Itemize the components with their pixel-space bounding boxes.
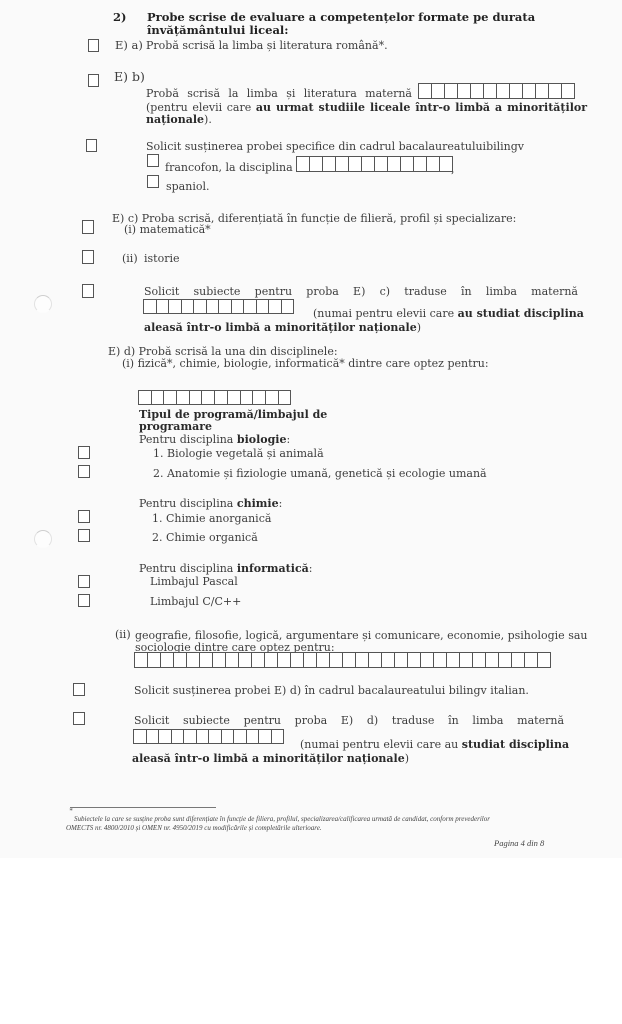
character-cell[interactable] — [322, 156, 336, 172]
character-cell[interactable] — [208, 729, 222, 744]
character-cell[interactable] — [342, 652, 356, 668]
character-cell[interactable] — [183, 729, 197, 744]
character-cell[interactable] — [168, 299, 182, 314]
eb-note-end: naționale). — [146, 113, 212, 126]
ed-note-bold2: aleasă într-o limbă a minorităților nați… — [132, 752, 405, 765]
character-cell[interactable] — [290, 652, 304, 668]
footnote-line1: Subiectele la care se susține proba sunt… — [74, 815, 490, 823]
ec-note-bold2: aleasă într-o limbă a minorităților nați… — [144, 321, 417, 334]
bilingv-text: Solicit susținerea probei specifice din … — [146, 140, 524, 153]
character-cell[interactable] — [309, 156, 323, 172]
character-cell[interactable] — [212, 652, 226, 668]
character-cell[interactable] — [146, 729, 160, 744]
character-cell[interactable] — [368, 652, 382, 668]
informatica-label-pre: Pentru disciplina — [139, 562, 237, 575]
eb-note-bold2: naționale — [146, 113, 204, 126]
character-cell[interactable] — [420, 652, 434, 668]
checkbox-italian[interactable] — [73, 683, 85, 696]
scanned-page — [0, 0, 622, 858]
character-cell[interactable] — [348, 156, 362, 172]
ec-note-post: ) — [417, 321, 421, 334]
character-cell[interactable] — [278, 390, 292, 405]
checkbox-informatica-cpp[interactable] — [78, 594, 90, 607]
character-cell[interactable] — [361, 156, 375, 172]
character-cell[interactable] — [214, 390, 228, 405]
checkbox-informatica-pascal[interactable] — [78, 575, 90, 588]
chimie-label: Pentru disciplina chimie: — [139, 497, 282, 510]
ed-note-post: ) — [405, 752, 409, 765]
eb-language-input-cells[interactable] — [419, 83, 575, 99]
chimie-label-bold: chimie — [237, 497, 279, 510]
checkbox-biologie-2[interactable] — [78, 465, 90, 478]
checkbox-ec-matematica[interactable] — [82, 220, 94, 234]
biologie-option-2: 2. Anatomie și fiziologie umană, genetic… — [153, 467, 487, 480]
ec-translate-language-cells[interactable] — [144, 299, 294, 314]
biologie-label: Pentru disciplina biologie: — [139, 433, 290, 446]
character-cell[interactable] — [509, 83, 523, 99]
character-cell[interactable] — [225, 652, 239, 668]
character-cell[interactable] — [433, 652, 447, 668]
character-cell[interactable] — [193, 299, 207, 314]
punch-hole-mark — [34, 530, 52, 548]
ec-opt2-num: (ii) — [122, 252, 138, 265]
character-cell[interactable] — [511, 652, 525, 668]
character-cell[interactable] — [472, 652, 486, 668]
francofon-label: francofon, la disciplina — [165, 161, 293, 174]
footnote-mark: * — [69, 807, 73, 815]
ed-translate-language-cells[interactable] — [134, 729, 284, 744]
ed-translate-note: (numai pentru elevii care au studiat dis… — [300, 738, 569, 751]
character-cell[interactable] — [189, 390, 203, 405]
character-cell[interactable] — [186, 652, 200, 668]
character-cell[interactable] — [381, 652, 395, 668]
eb-note-post: ). — [204, 113, 212, 126]
character-cell[interactable] — [394, 652, 408, 668]
character-cell[interactable] — [496, 83, 510, 99]
character-cell[interactable] — [243, 299, 257, 314]
ea-label: E) a) — [115, 39, 143, 52]
character-cell[interactable] — [133, 729, 147, 744]
character-cell[interactable] — [548, 83, 562, 99]
ed-ii-num: (ii) — [115, 628, 131, 641]
character-cell[interactable] — [303, 652, 317, 668]
character-cell[interactable] — [329, 652, 343, 668]
chimie-label-pre: Pentru disciplina — [139, 497, 237, 510]
informatica-option-2: Limbajul C/C++ — [150, 595, 241, 608]
section-number: 2) — [113, 11, 126, 24]
character-cell[interactable] — [418, 83, 432, 99]
character-cell[interactable] — [296, 156, 310, 172]
character-cell[interactable] — [171, 729, 185, 744]
punch-hole-mark — [34, 295, 52, 313]
ed-note-pre: (numai pentru elevii care au — [300, 738, 462, 751]
checkbox-ea[interactable] — [88, 39, 99, 52]
character-cell[interactable] — [524, 652, 538, 668]
character-cell[interactable] — [201, 390, 215, 405]
informatica-label-bold: informatică — [237, 562, 309, 575]
character-cell[interactable] — [227, 390, 241, 405]
informatica-option-1: Limbajul Pascal — [150, 575, 238, 588]
eb-note: (pentru elevii care au urmat studiile li… — [146, 101, 587, 114]
character-cell[interactable] — [181, 299, 195, 314]
character-cell[interactable] — [277, 652, 291, 668]
character-cell[interactable] — [316, 652, 330, 668]
ed-translate-note-end: aleasă într-o limbă a minorităților nați… — [132, 752, 409, 765]
biologie-label-bold: biologie — [237, 433, 287, 446]
eb-note-bold: au urmat studiile liceale într-o limbă a… — [256, 101, 587, 114]
character-cell[interactable] — [498, 652, 512, 668]
footnote-line2: OMECTS nr. 4800/2010 și OMEN nr. 4950/20… — [66, 824, 322, 832]
character-cell[interactable] — [151, 390, 165, 405]
character-cell[interactable] — [218, 299, 232, 314]
comma: , — [451, 163, 455, 176]
ec-opt1: (i) matematică* — [124, 223, 211, 236]
character-cell[interactable] — [258, 729, 272, 744]
checkbox-ec-istorie[interactable] — [82, 250, 94, 264]
checkbox-ec-translate[interactable] — [82, 284, 94, 298]
character-cell[interactable] — [256, 299, 270, 314]
character-cell[interactable] — [470, 83, 484, 99]
character-cell[interactable] — [158, 729, 172, 744]
character-cell[interactable] — [268, 299, 282, 314]
character-cell[interactable] — [522, 83, 536, 99]
colon: : — [286, 433, 290, 446]
ec-translate-note-end: aleasă într-o limbă a minorităților nați… — [144, 321, 421, 334]
ec-translate-note: (numai pentru elevii care au studiat dis… — [313, 307, 584, 320]
character-cell[interactable] — [238, 652, 252, 668]
italian-text: Solicit susținerea probei E) d) în cadru… — [134, 684, 529, 697]
character-cell[interactable] — [206, 299, 220, 314]
eb-text: Probă scrisă la limba și literatura mate… — [146, 87, 412, 100]
character-cell[interactable] — [537, 652, 551, 668]
checkbox-bilingv[interactable] — [86, 139, 97, 152]
character-cell[interactable] — [252, 390, 266, 405]
ec-note-bold: au studiat disciplina — [458, 307, 584, 320]
character-cell[interactable] — [264, 652, 278, 668]
character-cell[interactable] — [138, 390, 152, 405]
character-cell[interactable] — [134, 652, 148, 668]
character-cell[interactable] — [176, 390, 190, 405]
ed-note-bold: studiat disciplina — [462, 738, 569, 751]
character-cell[interactable] — [160, 652, 174, 668]
character-cell[interactable] — [163, 390, 177, 405]
character-cell[interactable] — [147, 652, 161, 668]
character-cell[interactable] — [355, 652, 369, 668]
section-title-line2: învățământului liceal: — [147, 24, 289, 37]
ed-i-text: (i) fizică*, chimie, biologie, informati… — [122, 357, 489, 370]
character-cell[interactable] — [221, 729, 235, 744]
character-cell[interactable] — [374, 156, 388, 172]
chimie-option-1: 1. Chimie anorganică — [152, 512, 271, 525]
character-cell[interactable] — [231, 299, 245, 314]
chimie-option-2: 2. Chimie organică — [152, 531, 258, 544]
checkbox-spaniol[interactable] — [147, 175, 159, 188]
character-cell[interactable] — [483, 83, 497, 99]
colon: : — [279, 497, 283, 510]
character-cell[interactable] — [535, 83, 549, 99]
ed-i-discipline-cells[interactable] — [139, 390, 291, 405]
character-cell[interactable] — [387, 156, 401, 172]
character-cell[interactable] — [407, 652, 421, 668]
character-cell[interactable] — [173, 652, 187, 668]
character-cell[interactable] — [156, 299, 170, 314]
checkbox-ed-translate[interactable] — [73, 712, 85, 725]
checkbox-francofon[interactable] — [147, 154, 159, 167]
eb-label: E) b) — [114, 70, 145, 83]
ea-text: Probă scrisă la limba și literatura româ… — [146, 39, 388, 52]
checkbox-chimie-2[interactable] — [78, 529, 90, 542]
character-cell[interactable] — [457, 83, 471, 99]
checkbox-eb[interactable] — [88, 74, 99, 87]
character-cell[interactable] — [444, 83, 458, 99]
character-cell[interactable] — [251, 652, 265, 668]
character-cell[interactable] — [335, 156, 349, 172]
character-cell[interactable] — [196, 729, 210, 744]
character-cell[interactable] — [431, 83, 445, 99]
ec-translate-text: Solicit subiecte pentru proba E) c) trad… — [144, 285, 578, 298]
character-cell[interactable] — [233, 729, 247, 744]
character-cell[interactable] — [240, 390, 254, 405]
biologie-option-1: 1. Biologie vegetală și animală — [153, 447, 324, 460]
character-cell[interactable] — [459, 652, 473, 668]
character-cell[interactable] — [143, 299, 157, 314]
character-cell[interactable] — [485, 652, 499, 668]
character-cell[interactable] — [561, 83, 575, 99]
character-cell[interactable] — [199, 652, 213, 668]
biologie-label-pre: Pentru disciplina — [139, 433, 237, 446]
character-cell[interactable] — [426, 156, 440, 172]
checkbox-biologie-1[interactable] — [78, 446, 90, 459]
character-cell[interactable] — [265, 390, 279, 405]
francofon-discipline-cells[interactable] — [297, 156, 453, 172]
program-title-line2: programare — [139, 420, 212, 433]
character-cell[interactable] — [246, 729, 260, 744]
checkbox-chimie-1[interactable] — [78, 510, 90, 523]
page-number: Pagina 4 din 8 — [494, 838, 544, 848]
footnote-separator — [70, 807, 216, 808]
character-cell[interactable] — [413, 156, 427, 172]
spaniol-label: spaniol. — [166, 180, 209, 193]
character-cell[interactable] — [400, 156, 414, 172]
character-cell[interactable] — [281, 299, 295, 314]
character-cell[interactable] — [271, 729, 285, 744]
ec-note-pre: (numai pentru elevii care — [313, 307, 458, 320]
colon: : — [309, 562, 313, 575]
ed-translate-text: Solicit subiecte pentru proba E) d) trad… — [134, 714, 564, 727]
ec-opt2: istorie — [144, 252, 180, 265]
character-cell[interactable] — [446, 652, 460, 668]
informatica-label: Pentru disciplina informatică: — [139, 562, 313, 575]
ed-ii-discipline-cells[interactable] — [135, 652, 551, 668]
